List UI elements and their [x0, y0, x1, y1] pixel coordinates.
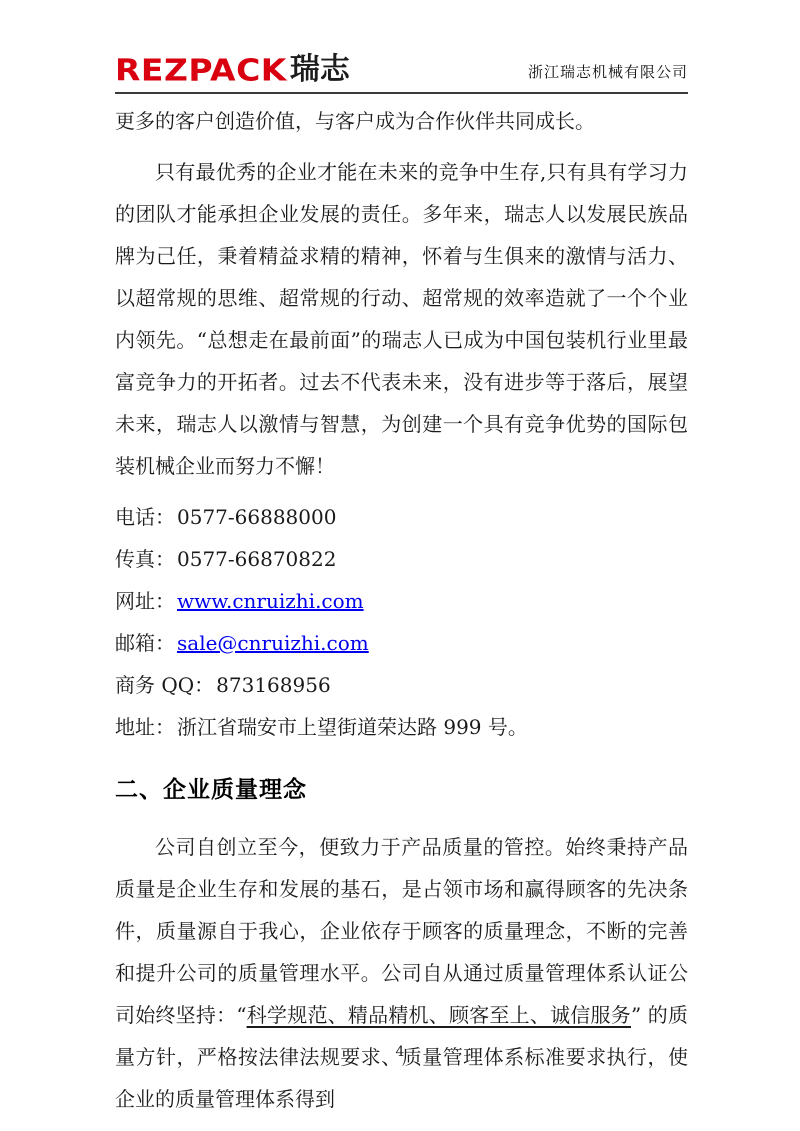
contact-website: 网址：www.cnruizhi.com [115, 580, 688, 622]
company-name: 浙江瑞志机械有限公司 [528, 61, 688, 85]
header-row: REZPACK 瑞志 浙江瑞志机械有限公司 [115, 52, 688, 85]
quality-policy-underlined: 科学规范、精品精机、顾客至上、诚信服务 [247, 1003, 631, 1027]
contact-fax-label: 传真： [115, 547, 175, 571]
email-link[interactable]: sale@cnruizhi.com [177, 631, 369, 655]
paragraph-continuation: 更多的客户创造价值，与客户成为合作伙伴共同成长。 [115, 100, 688, 142]
quality-text-lead: 公司自创立至今，便致力于产品质量的管控。始终秉持产品质量是企业生存和发展的基石，… [115, 835, 688, 1027]
contact-qq: 商务 QQ：873168956 [115, 664, 688, 706]
contact-address-label: 地址： [115, 715, 175, 739]
contact-qq-label: 商务 QQ： [115, 673, 214, 697]
contact-website-label: 网址： [115, 589, 175, 613]
contact-phone-value: 0577-66888000 [177, 505, 336, 529]
website-link[interactable]: www.cnruizhi.com [177, 589, 364, 613]
contact-email-label: 邮箱： [115, 631, 175, 655]
contact-email: 邮箱：sale@cnruizhi.com [115, 622, 688, 664]
logo-rezpack-wordmark: REZPACK [115, 55, 287, 85]
contact-fax-value: 0577-66870822 [177, 547, 336, 571]
contact-list: 电话：0577-66888000 传真：0577-66870822 网址：www… [115, 496, 688, 748]
page-number: 4 [396, 1044, 405, 1060]
contact-address: 地址：浙江省瑞安市上望街道荣达路 999 号。 [115, 706, 688, 748]
logo-ruizhi-cjk: 瑞志 [290, 55, 350, 85]
contact-qq-value: 873168956 [216, 673, 331, 697]
contact-phone: 电话：0577-66888000 [115, 496, 688, 538]
paragraph-company-spirit: 只有最优秀的企业才能在未来的竞争中生存,只有具有学习力的团队才能承担企业发展的责… [115, 151, 688, 487]
company-logo: REZPACK 瑞志 [115, 52, 350, 85]
section-heading-quality: 二、企业质量理念 [115, 771, 688, 804]
paragraph-quality-philosophy: 公司自创立至今，便致力于产品质量的管控。始终秉持产品质量是企业生存和发展的基石，… [115, 826, 688, 1120]
page-footer: 4 [0, 1041, 800, 1060]
document-page: REZPACK 瑞志 浙江瑞志机械有限公司 更多的客户创造价值，与客户成为合作伙… [0, 0, 800, 1131]
contact-phone-label: 电话： [115, 505, 175, 529]
document-body: 更多的客户创造价值，与客户成为合作伙伴共同成长。 只有最优秀的企业才能在未来的竞… [115, 100, 688, 1129]
page-header: REZPACK 瑞志 浙江瑞志机械有限公司 [115, 52, 688, 94]
header-divider [115, 92, 688, 94]
contact-fax: 传真：0577-66870822 [115, 538, 688, 580]
contact-address-value: 浙江省瑞安市上望街道荣达路 999 号。 [177, 715, 528, 739]
